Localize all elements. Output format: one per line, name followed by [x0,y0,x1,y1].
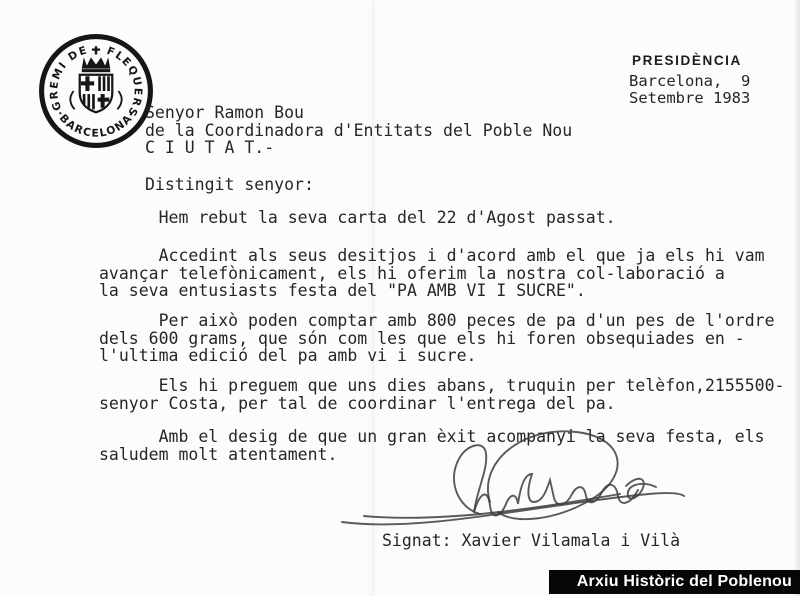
office-title: PRESIDÈNCIA [632,53,742,68]
paragraph-2: Accedint als seus desitjos i d'acord amb… [99,247,765,300]
gremi-de-flequers-stamp-icon: GREMI DE FLEQUERS ·BARCELONA· [37,32,155,150]
handwritten-signature [330,424,690,538]
paragraph-1: Hem rebut la seva carta del 22 d'Agost p… [99,209,616,227]
paragraph-3: Per això poden comptar amb 800 peces de … [99,312,775,365]
scanned-letter: { "letterhead": { "stamp": { "text_left"… [0,0,800,596]
archive-watermark-bar: Arxiu Històric del Poblenou [549,570,800,594]
archive-watermark-label: Arxiu Històric del Poblenou [577,573,792,590]
signat-line: Signat: Xavier Vilamala i Vilà [382,532,680,550]
paragraph-4: Els hi preguem que uns dies abans, truqu… [99,377,784,412]
salutation: Distingit senyor: [145,176,314,194]
date-block: Barcelona, 9 Setembre 1983 [629,73,750,107]
recipient-address: Senyor Ramon Bou de la Coordinadora d'En… [145,104,572,157]
scan-edge-shadow [793,0,800,596]
